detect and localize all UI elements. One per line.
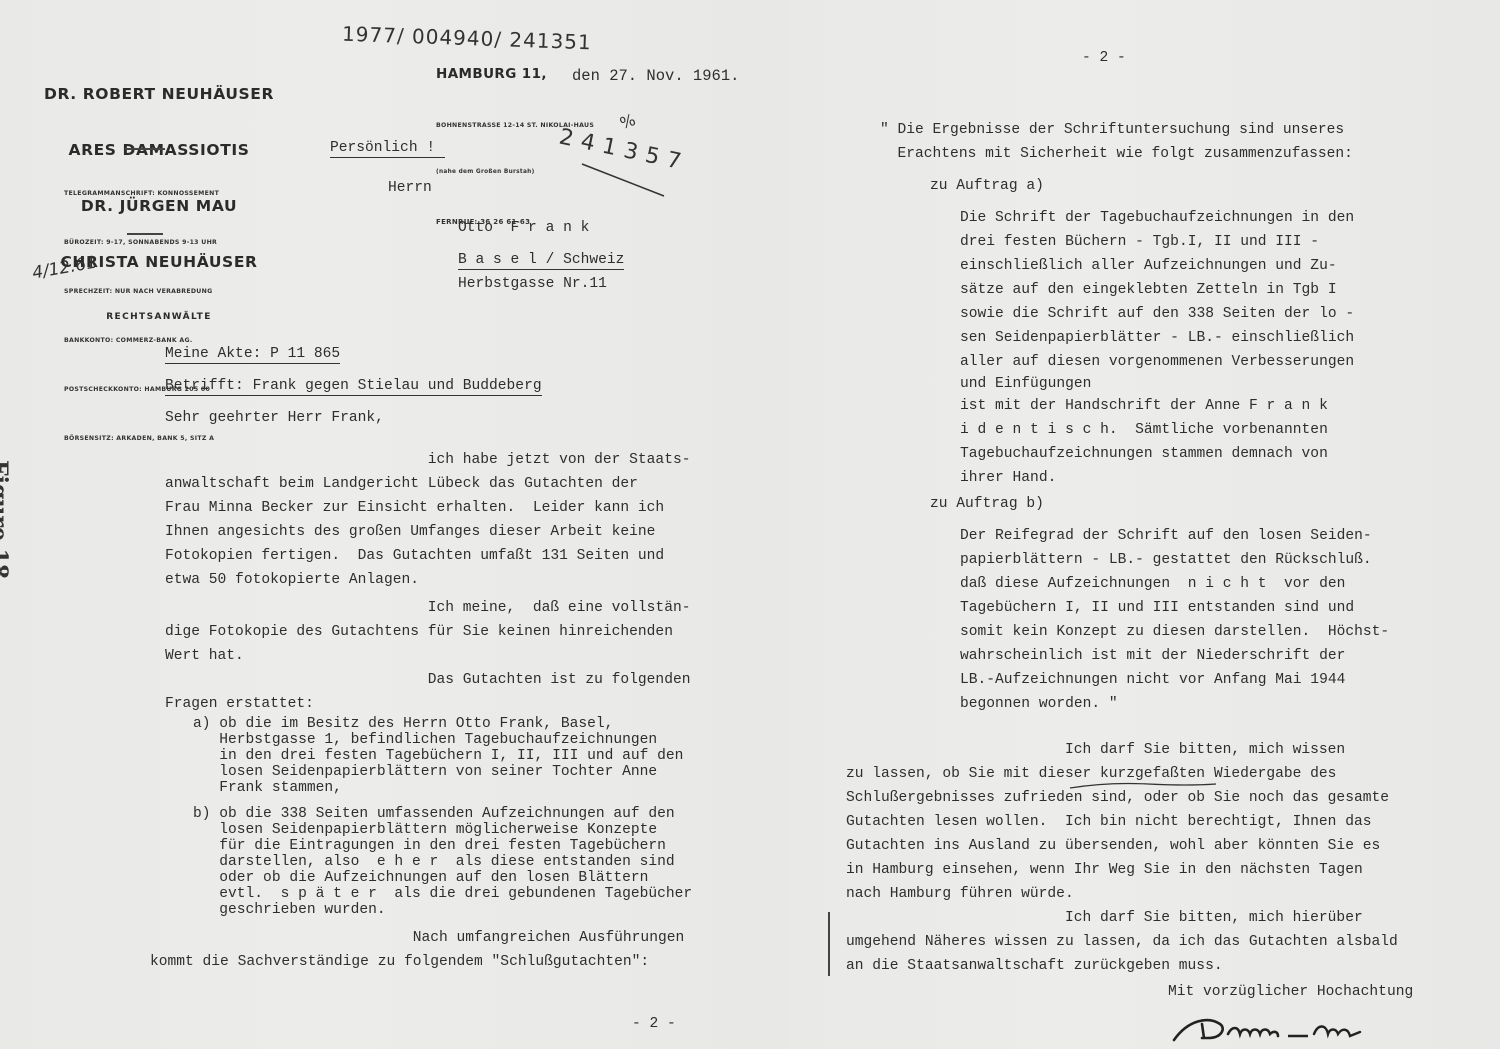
body-paragraph: Das Gutachten ist zu folgenden Fragen er…: [165, 668, 690, 716]
handwritten-archive-number: 1977/ 004940/ 241351: [342, 22, 592, 55]
body-paragraph: Nach umfangreichen Ausführungen kommt di…: [150, 926, 684, 974]
handwritten-underline-stroke: [1068, 778, 1218, 792]
body-paragraph: ich habe jetzt von der Staats- anwaltsch…: [165, 448, 690, 592]
divider: [125, 148, 165, 150]
quote-intro: " Die Ergebnisse der Schriftuntersuchung…: [880, 118, 1353, 166]
divider: [127, 233, 163, 235]
letterhead-city: HAMBURG 11,: [436, 66, 547, 82]
question-b: b) ob die 338 Seiten umfassenden Aufzeic…: [193, 806, 692, 918]
recipient-salutation: Herrn: [388, 176, 432, 200]
letterhead-details: TELEGRAMMANSCHRIFT: KONNOSSEMENT BÜROZEI…: [64, 152, 219, 481]
figure-label: Figure 18: [0, 460, 12, 579]
recipient-city: B a s e l / Schweiz: [458, 252, 624, 270]
handwritten-mark: %: [617, 110, 638, 133]
question-a: a) ob die im Besitz des Herrn Otto Frank…: [193, 716, 683, 796]
letterhead-detail: BÜROZEIT: 9-17, SONNABENDS 9-13 UHR: [64, 237, 219, 250]
address-line: BOHNENSTRASSE 12-14 ST. NIKOLAI-HAUS: [436, 120, 594, 131]
order-a-text: Die Schrift der Tagebuchaufzeichnungen i…: [960, 206, 1354, 490]
file-reference: Meine Akte: P 11 865: [165, 346, 340, 364]
margin-mark: [828, 912, 830, 976]
page-number: - 2 -: [1082, 46, 1126, 70]
letterhead-detail: BÖRSENSITZ: ARKADEN, BANK 5, SITZ A: [64, 433, 219, 446]
greeting: Sehr geehrter Herr Frank,: [165, 406, 384, 430]
recipient-name: Otto F r a n k: [458, 216, 589, 240]
body-paragraph: Ich meine, daß eine vollstän- dige Fotok…: [165, 596, 690, 668]
letterhead-detail: SPRECHZEIT: NUR NACH VERABREDUNG: [64, 286, 219, 299]
order-b-label: zu Auftrag b): [930, 492, 1044, 516]
letterhead-partner: DR. ROBERT NEUHÄUSER: [28, 84, 290, 104]
letter-date: den 27. Nov. 1961.: [572, 64, 739, 88]
complimentary-close: Mit vorzüglicher Hochachtung: [1168, 980, 1413, 1004]
letterhead-detail: TELEGRAMMANSCHRIFT: KONNOSSEMENT: [64, 188, 219, 201]
subject-line: Betrifft: Frank gegen Stielau und Buddeb…: [165, 378, 542, 396]
order-b-text: Der Reifegrad der Schrift auf den losen …: [960, 524, 1389, 716]
signature: [1168, 1012, 1408, 1048]
page-number: - 2 -: [632, 1012, 676, 1036]
letter-page-1: Figure 18 DR. ROBERT NEUHÄUSER ARES DAMA…: [0, 0, 790, 1049]
recipient-street: Herbstgasse Nr.11: [458, 272, 607, 296]
closing-paragraph: Ich darf Sie bitten, mich hierüber umgeh…: [846, 906, 1398, 978]
closing-paragraph: Ich darf Sie bitten, mich wissen zu lass…: [846, 738, 1389, 906]
order-a-label: zu Auftrag a): [930, 174, 1044, 198]
address-line: (nahe dem Großen Burstah): [436, 167, 594, 178]
personal-marker: Persönlich !: [330, 140, 445, 158]
